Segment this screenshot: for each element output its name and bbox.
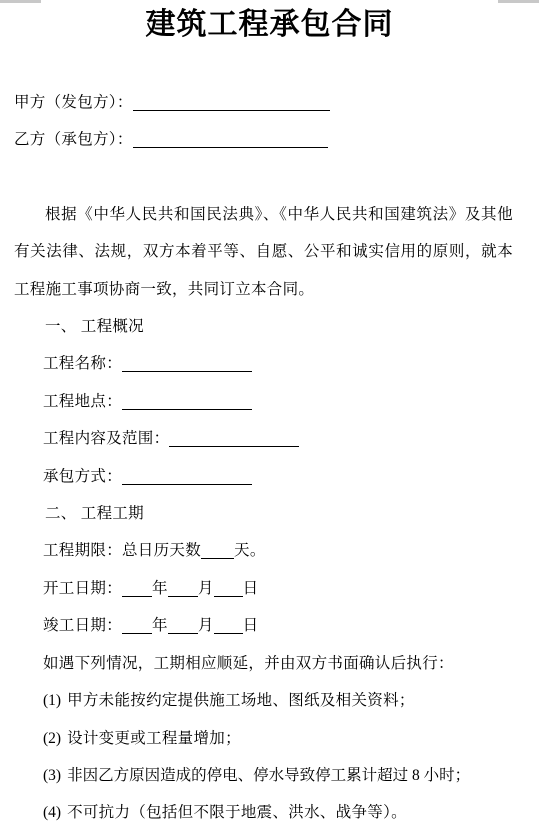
section-2-heading: 二、 工程工期 xyxy=(14,495,513,532)
party-b-line: 乙方（承包方）： xyxy=(14,121,513,158)
field-label-project-location: 工程地点： xyxy=(43,393,122,410)
start-year-blank-field[interactable] xyxy=(122,581,152,597)
finish-year-label: 年 xyxy=(152,617,168,634)
list-item-2-text: 设计变更或工程量增加； xyxy=(67,730,241,747)
extension-note-line: 如遇下列情况，工期相应顺延，并由双方书面确认后执行： xyxy=(14,645,513,682)
list-item-3-text: 非因乙方原因造成的停电、停水导致停工累计超过 8 小时； xyxy=(67,767,470,784)
contract-page: 建筑工程承包合同 甲方（发包方）： 乙方（承包方）： 根据《中华人民共和国民法典… xyxy=(0,0,539,832)
party-b-blank-field[interactable] xyxy=(133,132,328,148)
party-b-label: 乙方（承包方）： xyxy=(14,131,133,148)
project-location-blank-field[interactable] xyxy=(122,394,252,410)
finish-day-label: 日 xyxy=(243,617,259,634)
field-label-contract-mode: 承包方式： xyxy=(43,468,122,485)
project-name-blank-field[interactable] xyxy=(122,356,252,372)
project-scope-blank-field[interactable] xyxy=(169,431,299,447)
list-item-1-text: 甲方未能按约定提供施工场地、图纸及相关资料； xyxy=(67,692,415,709)
duration-suffix: 天。 xyxy=(234,542,266,559)
page-edge-top-left xyxy=(0,0,41,3)
list-item-3-marker: (3) xyxy=(43,757,61,794)
field-line-contract-mode: 承包方式： xyxy=(14,458,513,495)
duration-line: 工程期限：总日历天数天。 xyxy=(14,532,513,569)
start-date-label: 开工日期： xyxy=(43,580,122,597)
finish-day-blank-field[interactable] xyxy=(214,618,243,634)
page-edge-top-right xyxy=(498,0,539,3)
contract-mode-blank-field[interactable] xyxy=(122,469,252,485)
party-a-blank-field[interactable] xyxy=(133,95,330,111)
list-item-2: (2)设计变更或工程量增加； xyxy=(14,720,513,757)
duration-prefix: 工程期限：总日历天数 xyxy=(43,542,201,559)
list-item-3: (3)非因乙方原因造成的停电、停水导致停工累计超过 8 小时； xyxy=(14,757,513,794)
list-item-4: (4)不可抗力（包括但不限于地震、洪水、战争等）。 xyxy=(14,794,513,831)
field-line-project-location: 工程地点： xyxy=(14,383,513,420)
list-item-1-marker: (1) xyxy=(43,682,61,719)
document-title: 建筑工程承包合同 xyxy=(14,3,525,47)
start-day-blank-field[interactable] xyxy=(214,581,243,597)
finish-date-label: 竣工日期： xyxy=(43,617,122,634)
finish-month-label: 月 xyxy=(198,617,214,634)
list-item-4-text: 不可抗力（包括但不限于地震、洪水、战争等）。 xyxy=(67,804,407,821)
intro-paragraph: 根据《中华人民共和国民法典》、《中华人民共和国建筑法》及其他有关法律、法规，双方… xyxy=(14,196,513,308)
field-line-project-scope: 工程内容及范围： xyxy=(14,420,513,457)
document-body: 建筑工程承包合同 甲方（发包方）： 乙方（承包方）： 根据《中华人民共和国民法典… xyxy=(0,0,539,832)
finish-year-blank-field[interactable] xyxy=(122,618,152,634)
start-month-label: 月 xyxy=(198,580,214,597)
field-line-project-name: 工程名称： xyxy=(14,345,513,382)
start-year-label: 年 xyxy=(152,580,168,597)
start-day-label: 日 xyxy=(243,580,259,597)
section-1-heading: 一、 工程概况 xyxy=(14,308,513,345)
party-a-line: 甲方（发包方）： xyxy=(14,84,513,121)
list-item-2-marker: (2) xyxy=(43,720,61,757)
list-item-1: (1)甲方未能按约定提供施工场地、图纸及相关资料； xyxy=(14,682,513,719)
start-date-line: 开工日期：年月日 xyxy=(14,570,513,607)
field-label-project-scope: 工程内容及范围： xyxy=(43,430,169,447)
list-item-4-marker: (4) xyxy=(43,794,61,831)
field-label-project-name: 工程名称： xyxy=(43,355,122,372)
party-a-label: 甲方（发包方）： xyxy=(14,94,133,111)
finish-month-blank-field[interactable] xyxy=(168,618,198,634)
start-month-blank-field[interactable] xyxy=(168,581,198,597)
duration-days-blank-field[interactable] xyxy=(201,543,234,559)
finish-date-line: 竣工日期：年月日 xyxy=(14,607,513,644)
